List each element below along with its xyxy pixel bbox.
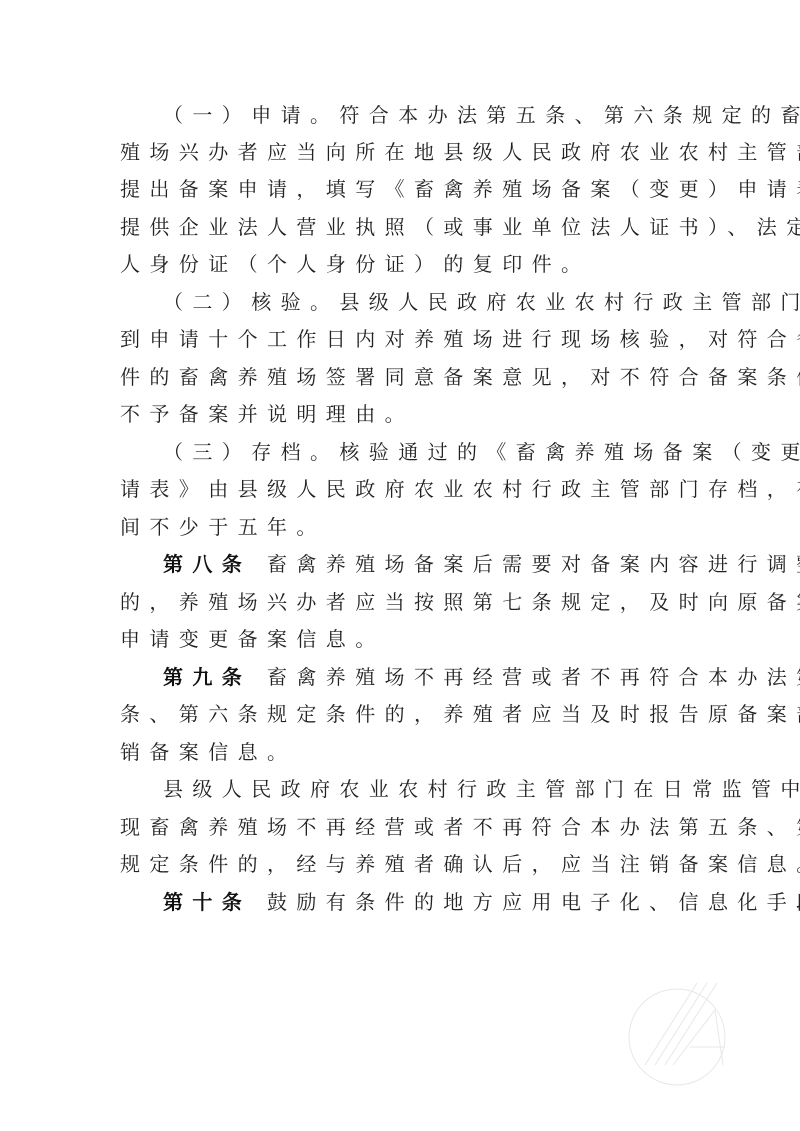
document-page: （一）申请。符合本办法第五条、第六条规定的畜禽养殖场兴办者应当向所在地县级人民政…	[0, 0, 800, 1131]
line-text: 畜禽养殖场备案后需要对备案内容进行调整	[251, 552, 800, 576]
text-line: 第十条 鼓励有条件的地方应用电子化、信息化手段开	[163, 890, 800, 914]
line-text: 件的畜禽养殖场签署同意备案意见，对不符合备案条件的，	[120, 365, 800, 389]
article-heading: 第十条	[163, 890, 251, 914]
text-line: 请表》由县级人民政府农业农村行政主管部门存档，存档时	[120, 477, 800, 501]
line-text: 到申请十个工作日内对养殖场进行现场核验，对符合备案条	[120, 327, 800, 351]
line-text: （一）申请。符合本办法第五条、第六条规定的畜禽养	[163, 103, 800, 127]
text-line: 第九条 畜禽养殖场不再经营或者不再符合本办法第五	[163, 665, 800, 689]
line-text: 提供企业法人营业执照（或事业单位法人证书）、法定代表	[120, 215, 800, 239]
text-line: （一）申请。符合本办法第五条、第六条规定的畜禽养	[163, 103, 800, 127]
line-text: 鼓励有条件的地方应用电子化、信息化手段开	[251, 890, 800, 914]
text-line: （三）存档。核验通过的《畜禽养殖场备案（变更）申	[163, 440, 800, 464]
line-text: 申请变更备案信息。	[120, 627, 385, 651]
text-line: 不予备案并说明理由。	[120, 402, 414, 426]
line-text: 间不少于五年。	[120, 515, 326, 539]
line-text: 现畜禽养殖场不再经营或者不再符合本办法第五条、第六条	[120, 815, 800, 839]
text-line: 提出备案申请，填写《畜禽养殖场备案（变更）申请表》，	[120, 177, 800, 201]
line-text: 请表》由县级人民政府农业农村行政主管部门存档，存档时	[120, 477, 800, 501]
text-line: 规定条件的，经与养殖者确认后，应当注销备案信息。	[120, 852, 800, 876]
line-text: 条、第六条规定条件的，养殖者应当及时报告原备案部门注	[120, 702, 800, 726]
article-heading: 第八条	[163, 552, 251, 576]
line-text: （三）存档。核验通过的《畜禽养殖场备案（变更）申	[163, 440, 800, 464]
text-line: 殖场兴办者应当向所在地县级人民政府农业农村主管部门	[120, 140, 800, 164]
line-text: 提出备案申请，填写《畜禽养殖场备案（变更）申请表》，	[120, 177, 800, 201]
text-line: （二）核验。县级人民政府农业农村行政主管部门在收	[163, 290, 800, 314]
line-text: 不予备案并说明理由。	[120, 402, 414, 426]
text-line: 的，养殖场兴办者应当按照第七条规定，及时向原备案部门	[120, 590, 800, 614]
text-line: 县级人民政府农业农村行政主管部门在日常监管中发	[163, 777, 800, 801]
text-line: 人身份证（个人身份证）的复印件。	[120, 252, 590, 276]
text-line: 现畜禽养殖场不再经营或者不再符合本办法第五条、第六条	[120, 815, 800, 839]
article-heading: 第九条	[163, 665, 251, 689]
line-text: 销备案信息。	[120, 740, 296, 764]
text-line: 提供企业法人营业执照（或事业单位法人证书）、法定代表	[120, 215, 800, 239]
line-text: 人身份证（个人身份证）的复印件。	[120, 252, 590, 276]
text-line: 销备案信息。	[120, 740, 296, 764]
text-line: 到申请十个工作日内对养殖场进行现场核验，对符合备案条	[120, 327, 800, 351]
line-text: 殖场兴办者应当向所在地县级人民政府农业农村主管部门	[120, 140, 800, 164]
line-text: 畜禽养殖场不再经营或者不再符合本办法第五	[251, 665, 800, 689]
logo-watermark-icon	[615, 975, 735, 1105]
line-text: 的，养殖场兴办者应当按照第七条规定，及时向原备案部门	[120, 590, 800, 614]
line-text: （二）核验。县级人民政府农业农村行政主管部门在收	[163, 290, 800, 314]
text-line: 申请变更备案信息。	[120, 627, 385, 651]
text-line: 间不少于五年。	[120, 515, 326, 539]
text-line: 件的畜禽养殖场签署同意备案意见，对不符合备案条件的，	[120, 365, 800, 389]
text-line: 条、第六条规定条件的，养殖者应当及时报告原备案部门注	[120, 702, 800, 726]
text-line: 第八条 畜禽养殖场备案后需要对备案内容进行调整	[163, 552, 800, 576]
line-text: 县级人民政府农业农村行政主管部门在日常监管中发	[163, 777, 800, 801]
line-text: 规定条件的，经与养殖者确认后，应当注销备案信息。	[120, 852, 800, 876]
